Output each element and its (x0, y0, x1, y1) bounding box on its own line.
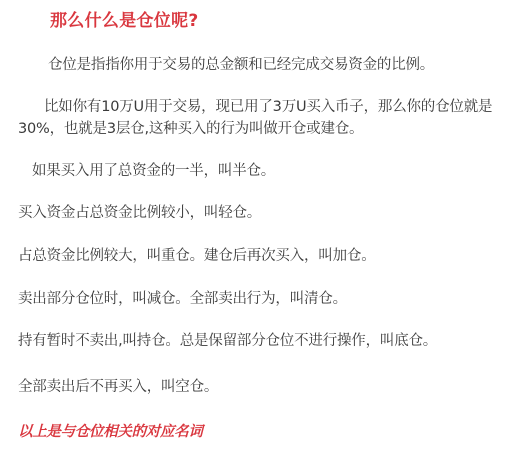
paragraph-empty-position: 全部卖出后不再买入，叫空仓。 (18, 376, 218, 398)
section-heading: 那么什么是仓位呢? (50, 9, 199, 33)
paragraph-definition: 仓位是指指你用于交易的总金额和已经完成交易资金的比例。 (48, 54, 434, 76)
paragraph-heavy-position: 占总资金比例较大，叫重仓。建仓后再次买入，叫加仓。 (18, 245, 376, 267)
paragraph-reduce-position: 卖出部分仓位时，叫减仓。全部卖出行为，叫清仓。 (18, 288, 347, 310)
paragraph-hold-position: 持有暂时不卖出,叫持仓。总是保留部分仓位不进行操作，叫底仓。 (18, 330, 437, 352)
article-body: 那么什么是仓位呢? 仓位是指指你用于交易的总金额和已经完成交易资金的比例。 比如… (0, 0, 518, 458)
closing-note: 以上是与仓位相关的对应名词 (18, 421, 203, 443)
paragraph-half-position: 如果买入用了总资金的一半，叫半仓。 (32, 160, 275, 182)
paragraph-example-line-1: 比如你有10万U用于交易，现已用了3万U买入币子，那么你的仓位就是 (44, 96, 492, 118)
paragraph-light-position: 买入资金占总资金比例较小，叫轻仓。 (18, 202, 261, 224)
paragraph-example-line-2: 30%，也就是3层仓,这种买入的行为叫做开仓或建仓。 (18, 118, 363, 140)
